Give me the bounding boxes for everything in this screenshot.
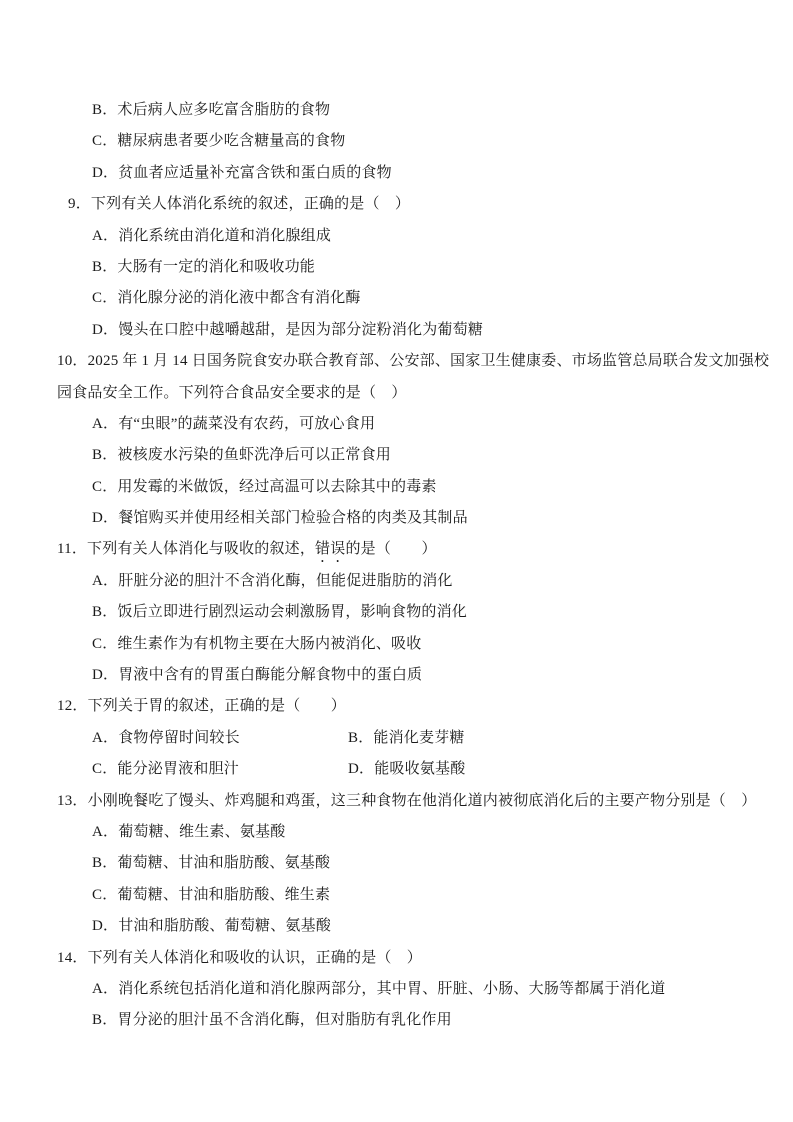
question-14-option-a: A．消化系统包括消化道和消化腺两部分，其中胃、肝脏、小肠、大肠等都属于消化道 xyxy=(57,974,743,1005)
question-12-option-a: A．食物停留时间较长 xyxy=(92,723,348,754)
question-13-option-a: A．葡萄糖、维生素、氨基酸 xyxy=(57,817,743,848)
question-12-option-d: D．能吸收氨基酸 xyxy=(348,761,465,777)
question-11-option-c: C．维生素作为有机物主要在大肠内被消化、吸收 xyxy=(57,629,743,660)
question-8-option-d: D．贫血者应适量补充富含铁和蛋白质的食物 xyxy=(57,158,743,189)
question-12-option-c: C．能分泌胃液和胆汁 xyxy=(92,754,348,785)
question-14-option-b: B．胃分泌的胆汁虽不含消化酶，但对脂肪有乳化作用 xyxy=(57,1005,743,1036)
question-12-stem: 12．下列关于胃的叙述，正确的是（ ） xyxy=(57,691,743,722)
question-13-option-c: C．葡萄糖、甘油和脂肪酸、维生素 xyxy=(57,880,743,911)
question-10-stem-line-1: 10．2025 年 1 月 14 日国务院食安办联合教育部、公安部、国家卫生健康… xyxy=(57,346,743,377)
question-11-stem-prefix: 11．下列有关人体消化与吸收的叙述， xyxy=(57,541,315,557)
question-14-stem: 14．下列有关人体消化和吸收的认识，正确的是（ ） xyxy=(57,943,743,974)
question-13-stem: 13．小刚晚餐吃了馒头、炸鸡腿和鸡蛋，这三种食物在他消化道内被彻底消化后的主要产… xyxy=(57,786,743,817)
question-11-option-a: A．肝脏分泌的胆汁不含消化酶，但能促进脂肪的消化 xyxy=(57,566,743,597)
question-13-option-b: B．葡萄糖、甘油和脂肪酸、氨基酸 xyxy=(57,848,743,879)
question-10-stem-line-2: 园食品安全工作。下列符合食品安全要求的是（ ） xyxy=(57,378,743,409)
question-11-stem-emphasized-word: 错误 xyxy=(315,541,345,557)
question-8-option-b: B．术后病人应多吃富含脂肪的食物 xyxy=(57,95,743,126)
question-10-option-d: D．餐馆购买并使用经相关部门检验合格的肉类及其制品 xyxy=(57,503,743,534)
question-10-option-b: B．被核废水污染的鱼虾洗净后可以正常食用 xyxy=(57,440,743,471)
question-11-stem-suffix: 的是（ ） xyxy=(345,541,436,557)
question-12-option-b: B．能消化麦芽糖 xyxy=(348,730,465,746)
question-11-stem: 11．下列有关人体消化与吸收的叙述，错误的是（ ） xyxy=(57,534,743,565)
question-11-option-b: B．饭后立即进行剧烈运动会刺激肠胃，影响食物的消化 xyxy=(57,597,743,628)
question-10-option-c: C．用发霉的米做饭，经过高温可以去除其中的毒素 xyxy=(57,472,743,503)
question-9-option-b: B．大肠有一定的消化和吸收功能 xyxy=(57,252,743,283)
question-10-option-a: A．有“虫眼”的蔬菜没有农药，可放心食用 xyxy=(57,409,743,440)
question-12-option-row-1: A．食物停留时间较长B．能消化麦芽糖 xyxy=(57,723,743,754)
question-13-option-d: D．甘油和脂肪酸、葡萄糖、氨基酸 xyxy=(57,911,743,942)
question-12-option-row-2: C．能分泌胃液和胆汁D．能吸收氨基酸 xyxy=(57,754,743,785)
question-11-option-d: D．胃液中含有的胃蛋白酶能分解食物中的蛋白质 xyxy=(57,660,743,691)
question-9-option-c: C．消化腺分泌的消化液中都含有消化酶 xyxy=(57,283,743,314)
question-8-option-c: C．糖尿病患者要少吃含糖量高的食物 xyxy=(57,126,743,157)
document-page: B．术后病人应多吃富含脂肪的食物 C．糖尿病患者要少吃含糖量高的食物 D．贫血者… xyxy=(0,0,793,1122)
question-9-option-d: D．馒头在口腔中越嚼越甜，是因为部分淀粉消化为葡萄糖 xyxy=(57,315,743,346)
question-9-option-a: A．消化系统由消化道和消化腺组成 xyxy=(57,221,743,252)
question-9-stem: 9．下列有关人体消化系统的叙述，正确的是（ ） xyxy=(57,189,743,220)
